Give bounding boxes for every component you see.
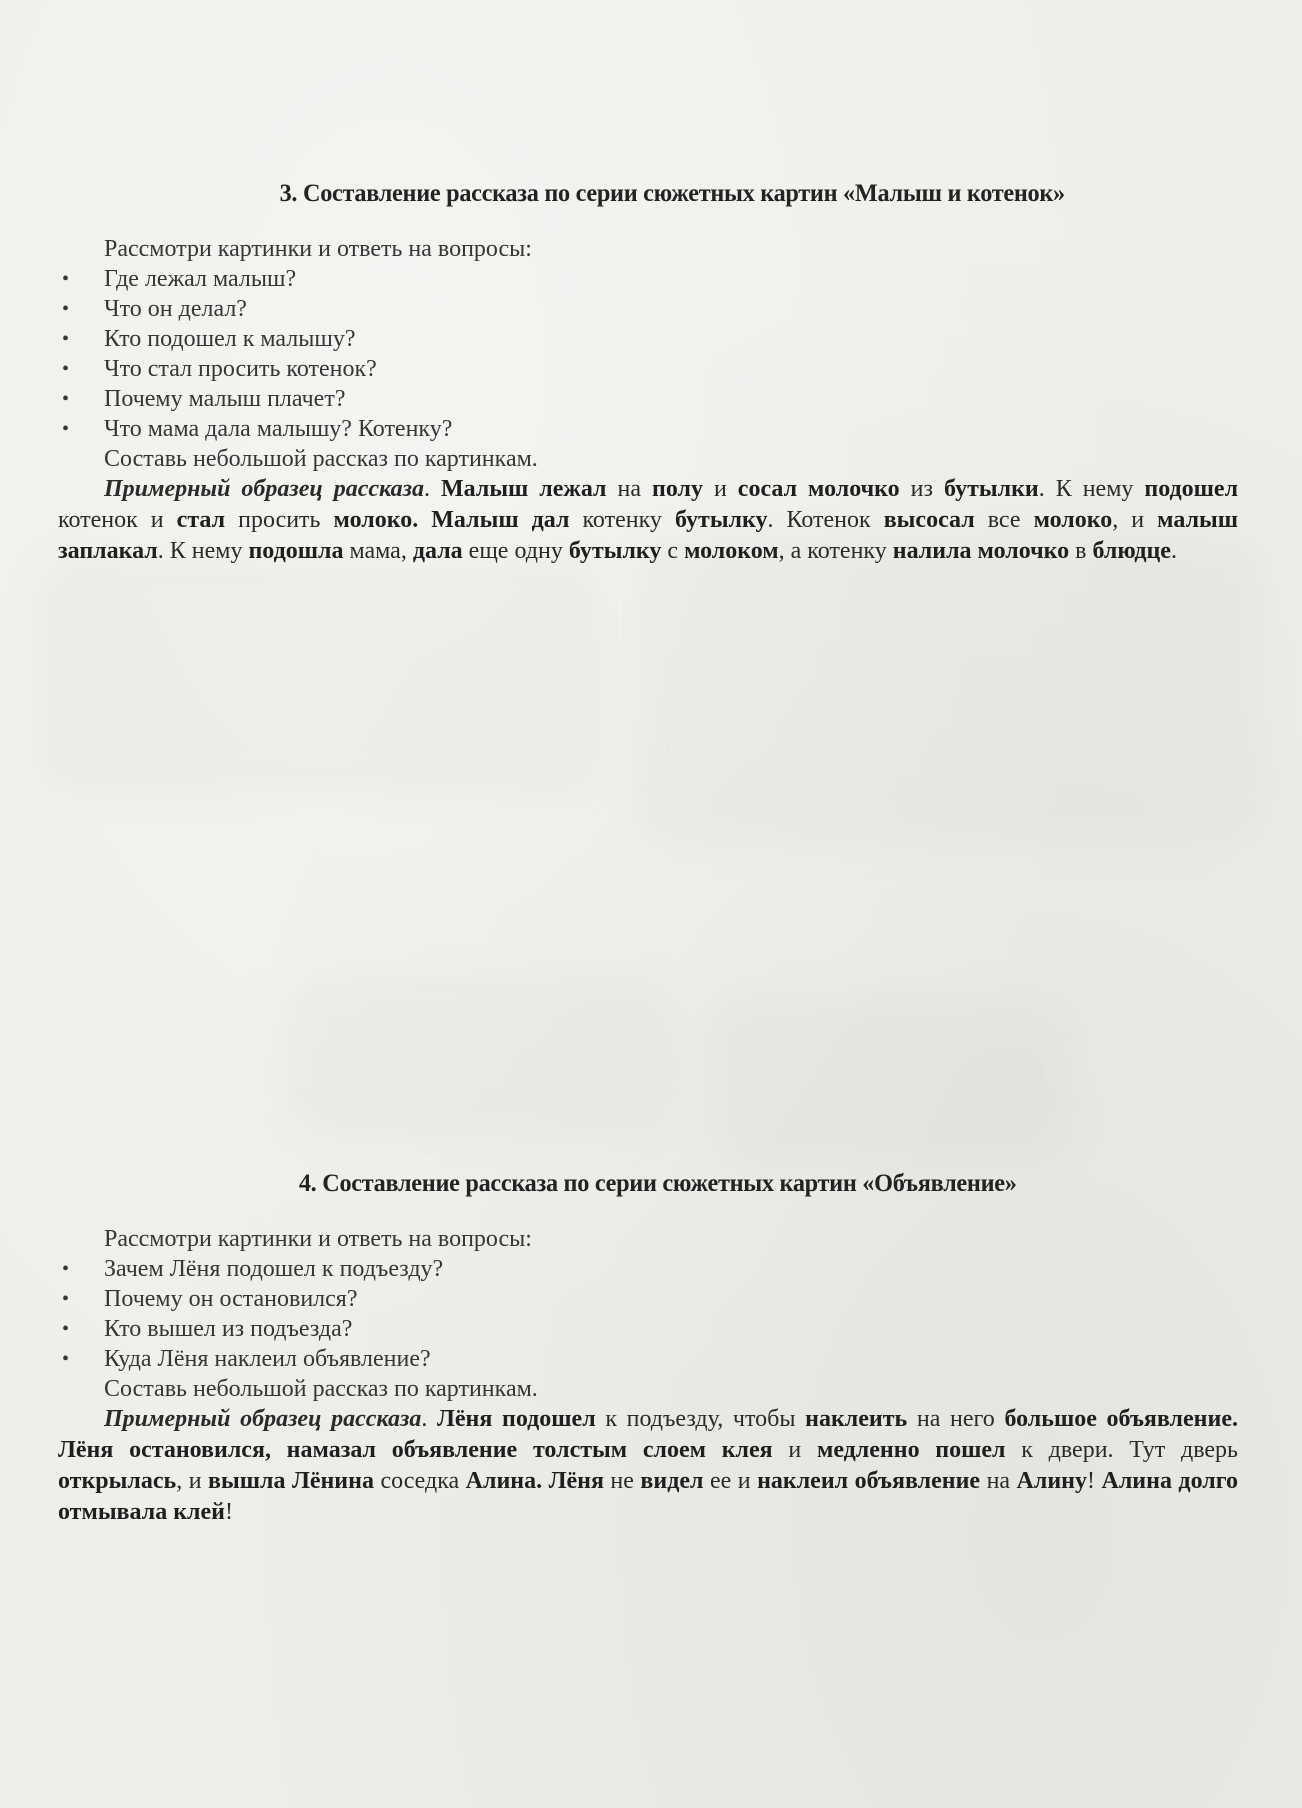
question-item: •Что он делал?: [58, 294, 1238, 324]
section-title: 4. Составление рассказа по серии сюжетны…: [76, 1170, 1221, 1198]
sample-story: Примерный образец рассказа. Малыш лежал …: [58, 474, 1238, 567]
bullet-icon: •: [62, 384, 69, 414]
bullet-icon: •: [62, 264, 69, 294]
question-item: •Почему малыш плачет?: [58, 384, 1238, 414]
question-item: •Зачем Лёня подошел к подъезду?: [58, 1254, 1238, 1284]
instructions-text: Рассмотри картинки и ответь на вопросы:: [58, 1224, 1238, 1254]
bleed-through-shadow: [40, 560, 600, 790]
sample-story: Примерный образец рассказа. Лёня подошел…: [58, 1404, 1238, 1528]
question-item: •Что мама дала малышу? Котенку?: [58, 414, 1238, 444]
bleed-through-shadow: [710, 1000, 1070, 1160]
section-title: 3. Составление рассказа по серии сюжетны…: [76, 180, 1221, 208]
task-text: Составь небольшой рассказ по картинкам.: [58, 1374, 1238, 1404]
bullet-icon: •: [62, 294, 69, 324]
section-malysh-i-kotenok: 3. Составление рассказа по серии сюжетны…: [58, 180, 1238, 567]
bullet-icon: •: [62, 1284, 69, 1314]
bullet-icon: •: [62, 1344, 69, 1374]
bullet-icon: •: [62, 354, 69, 384]
question-list: •Зачем Лёня подошел к подъезду? •Почему …: [58, 1254, 1238, 1374]
question-item: •Где лежал малыш?: [58, 264, 1238, 294]
bullet-icon: •: [62, 414, 69, 444]
bleed-through-shadow: [290, 980, 670, 1130]
document-page: 3. Составление рассказа по серии сюжетны…: [0, 0, 1302, 1808]
bullet-icon: •: [62, 324, 69, 354]
question-item: •Что стал просить котенок?: [58, 354, 1238, 384]
section-obyavlenie: 4. Составление рассказа по серии сюжетны…: [58, 1170, 1238, 1528]
task-text: Составь небольшой рассказ по картинкам.: [58, 444, 1238, 474]
sample-story-lead: Примерный образец рассказа: [104, 476, 424, 502]
question-item: •Кто подошел к малышу?: [58, 324, 1238, 354]
bullet-icon: •: [62, 1314, 69, 1344]
bullet-icon: •: [62, 1254, 69, 1284]
question-item: •Кто вышел из подъезда?: [58, 1314, 1238, 1344]
question-item: •Куда Лёня наклеил объявление?: [58, 1344, 1238, 1374]
question-list: •Где лежал малыш? •Что он делал? •Кто по…: [58, 264, 1238, 444]
question-item: •Почему он остановился?: [58, 1284, 1238, 1314]
sample-story-lead: Примерный образец рассказа: [104, 1406, 421, 1432]
bleed-through-shadow: [640, 540, 1260, 840]
instructions-text: Рассмотри картинки и ответь на вопросы:: [58, 234, 1238, 264]
